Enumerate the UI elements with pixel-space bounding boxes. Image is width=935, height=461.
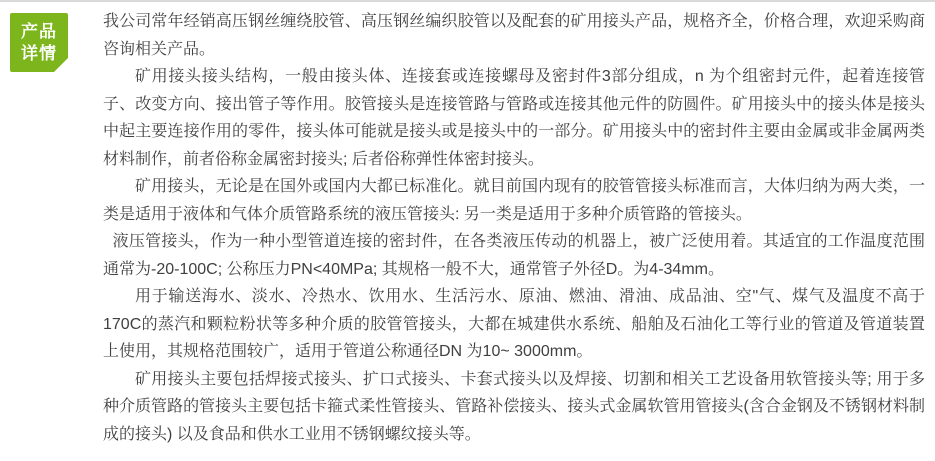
paragraph: 矿用接头主要包括焊接式接头、扩口式接头、卡套式接头以及焊接、切割和相关工艺设备用…: [103, 366, 925, 449]
paragraph: 用于输送海水、淡水、冷热水、饮用水、生活污水、原油、燃油、滑油、成品油、空"气、…: [103, 283, 925, 366]
paragraph: 液压管接头，作为一种小型管道连接的密封件，在各类液压传动的机器上，被广泛使用着。…: [103, 228, 925, 283]
badge-line-1: 产品: [21, 21, 57, 43]
paragraph: 矿用接头接头结构，一般由接头体、连接套或连接螺母及密封件3部分组成，n 为个组密…: [103, 63, 925, 173]
paragraph: 矿用接头，无论是在国外或国内大都已标准化。就目前国内现有的胶管管接头标准而言，大…: [103, 173, 925, 228]
product-description: 我公司常年经销高压钢丝缠绕胶管、高压钢丝编织胶管以及配套的矿用接头产品，规格齐全…: [103, 8, 925, 448]
badge-line-2: 详情: [21, 43, 57, 65]
top-divider: [0, 0, 935, 2]
paragraph: 我公司常年经销高压钢丝缠绕胶管、高压钢丝编织胶管以及配套的矿用接头产品，规格齐全…: [103, 8, 925, 63]
product-detail-badge: 产品 详情: [10, 13, 68, 72]
